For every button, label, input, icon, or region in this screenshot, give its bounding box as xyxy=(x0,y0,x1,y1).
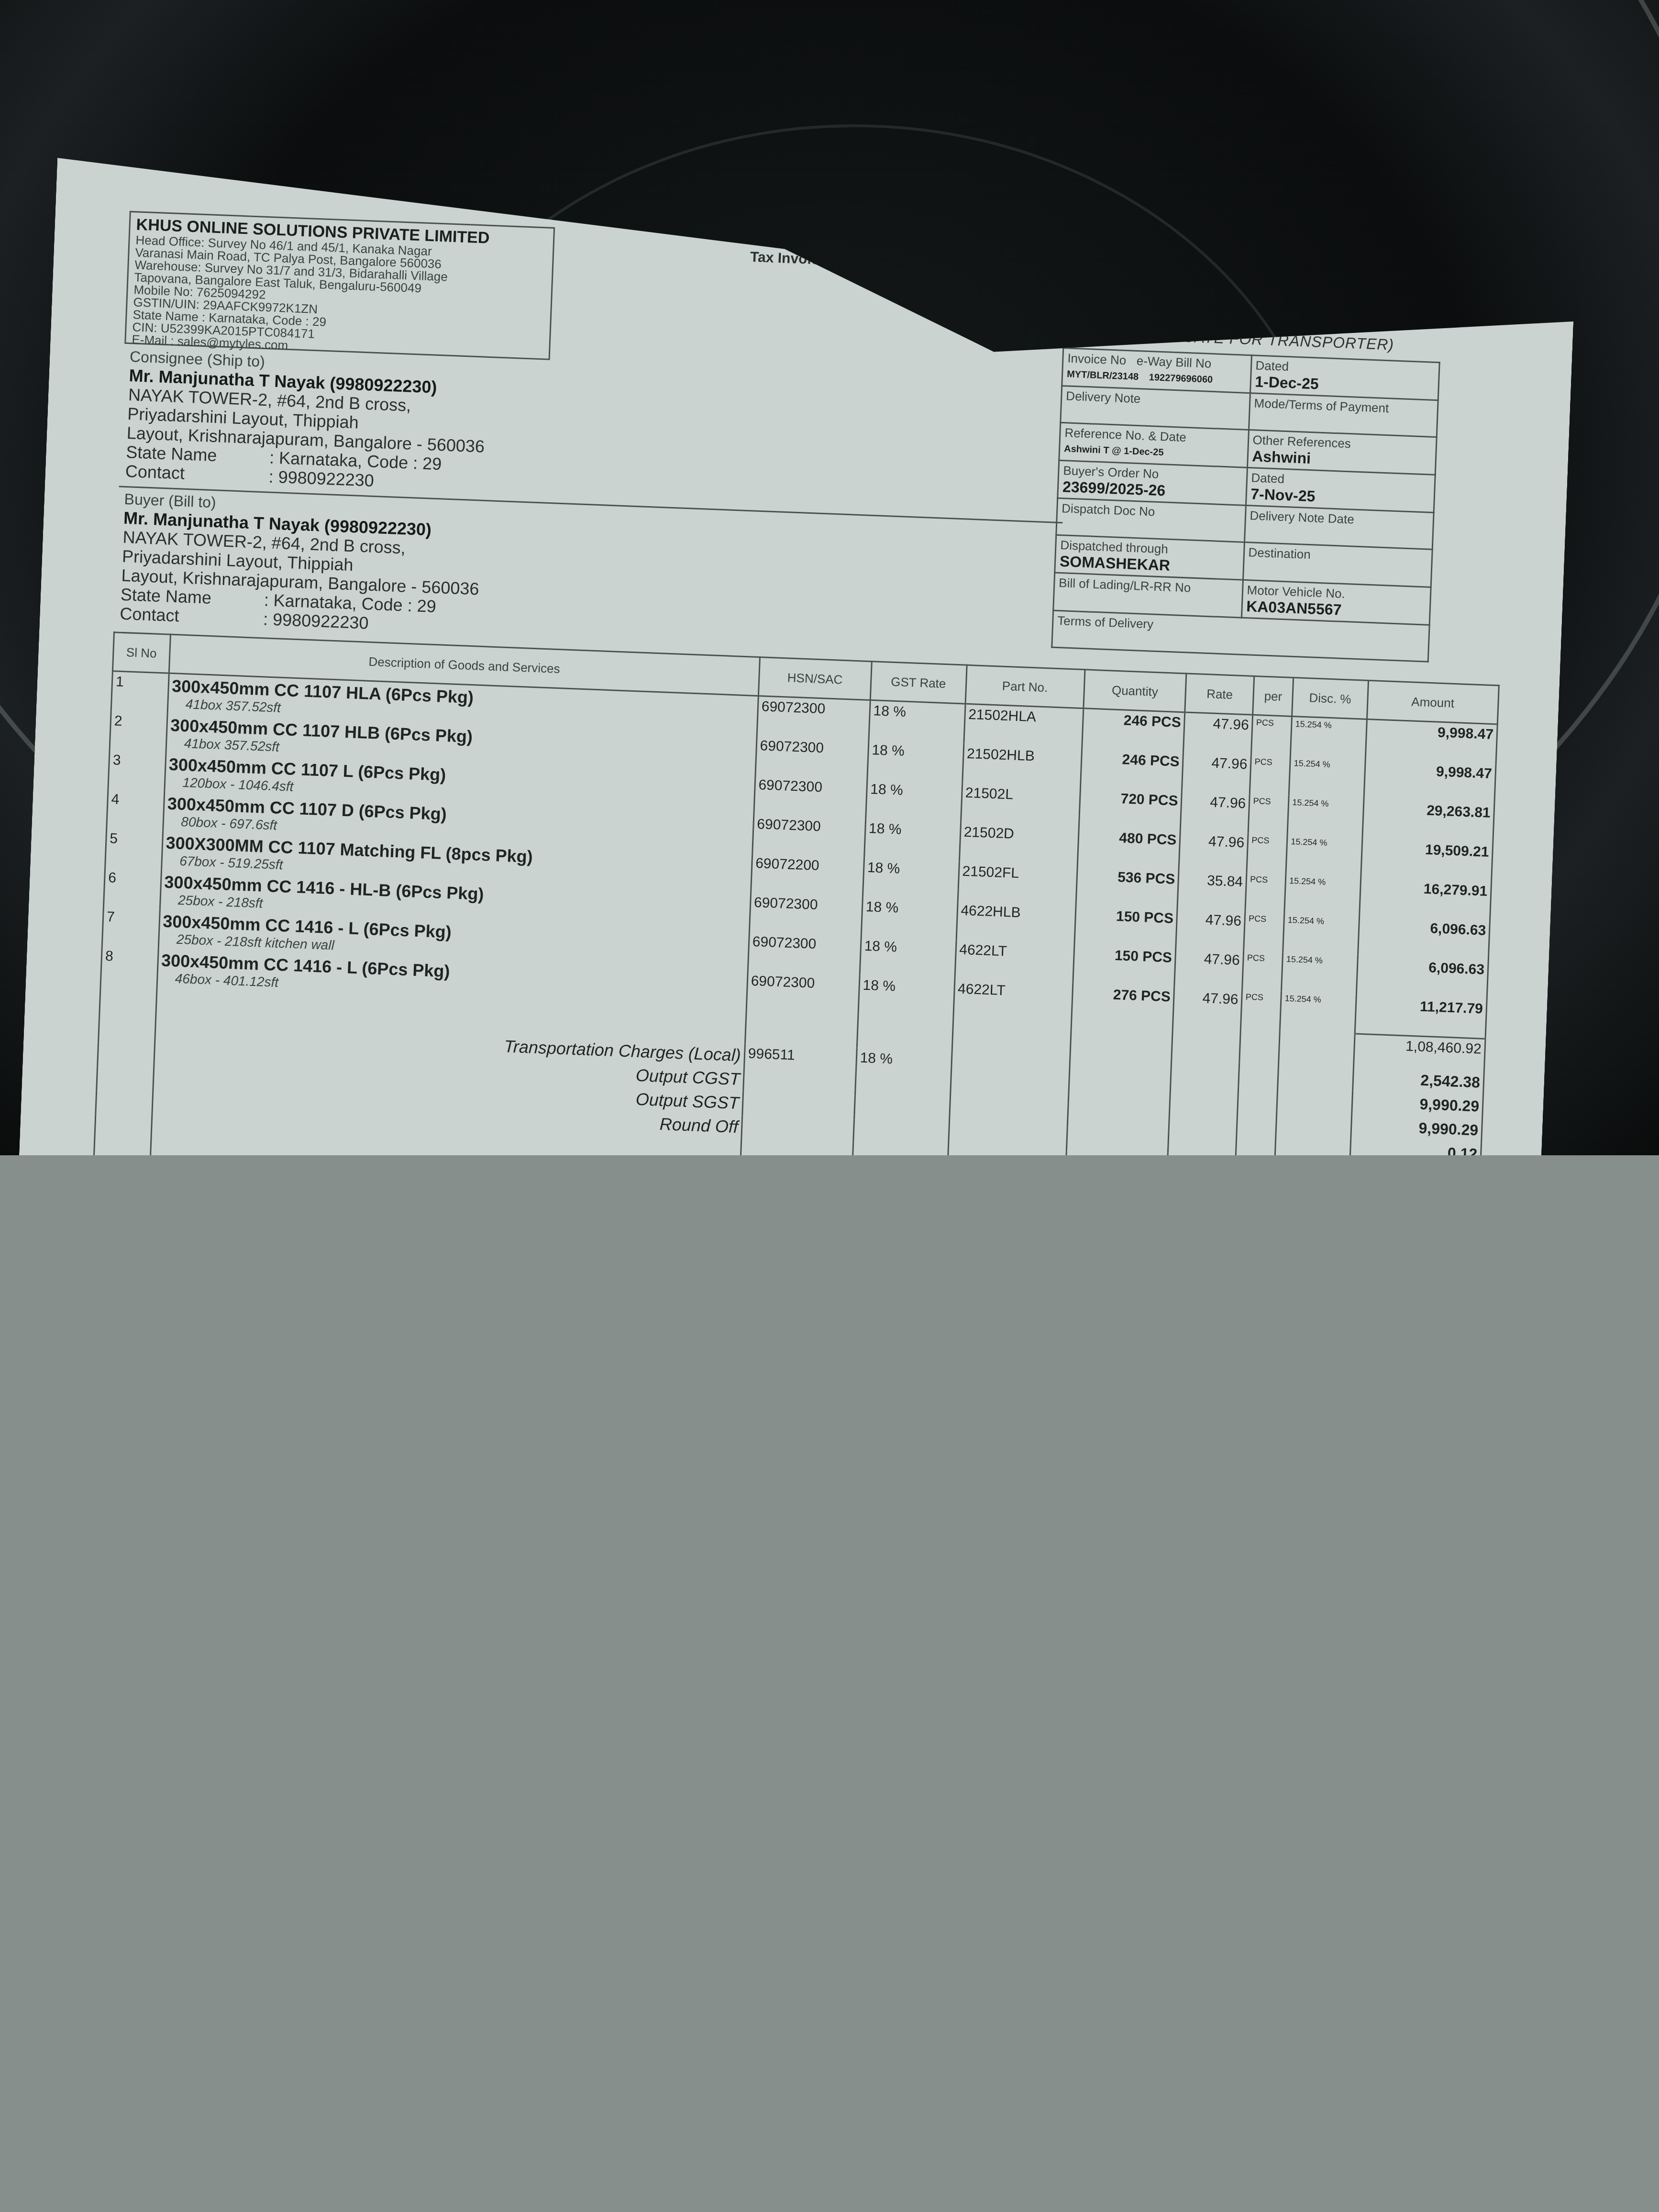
item-hsn: 69072300 xyxy=(746,971,860,1015)
item-qty: 536 PCS xyxy=(1076,866,1179,909)
item-hsn: 69072300 xyxy=(755,736,869,779)
sl-no: 6 xyxy=(103,868,161,909)
vehicle-cell: Motor Vehicle No.KA03AN5567 xyxy=(1241,580,1431,625)
item-disc: 15.254 % xyxy=(1283,913,1359,955)
eway-bill-no: 192279696060 xyxy=(1149,372,1213,385)
column-header: Quantity xyxy=(1084,670,1187,712)
other-ref-cell: Other ReferencesAshwini xyxy=(1247,430,1437,475)
item-gst: 18 % xyxy=(864,818,961,862)
order-date: 7-Nov-25 xyxy=(1250,485,1430,509)
item-gst: 18 % xyxy=(860,936,956,979)
column-header: Sl No xyxy=(112,632,170,673)
item-disc: 15.254 % xyxy=(1287,796,1363,838)
sl-no: 8 xyxy=(100,946,158,987)
item-amount: 9,998.47 xyxy=(1364,759,1496,803)
item-amount: 11,217.79 xyxy=(1355,995,1487,1039)
item-hsn: 69072300 xyxy=(748,932,861,975)
subtotal: 1,08,460.92 xyxy=(1353,1033,1485,1072)
charge-gst xyxy=(853,1119,949,1147)
item-disc: 15.254 % xyxy=(1286,835,1362,877)
invoice-meta: Invoice No e-Way Bill No MYT/BLR/23148 1… xyxy=(1051,347,1440,663)
order-dated-cell: Dated7-Nov-25 xyxy=(1246,467,1435,512)
reference-cell: Reference No. & DateAshwini T @ 1-Dec-25 xyxy=(1059,422,1249,467)
dated-cell: Dated1-Dec-25 xyxy=(1250,355,1439,400)
item-rate: 35.84 xyxy=(1177,870,1247,911)
item-qty: 150 PCS xyxy=(1074,905,1178,948)
item-hsn: 69072300 xyxy=(749,893,863,936)
item-part: 4622HLB xyxy=(956,900,1076,944)
item-part: 4622LT xyxy=(953,979,1073,1022)
destination-cell: Destination xyxy=(1243,542,1432,587)
lading-cell: Bill of Lading/LR-RR No xyxy=(1053,573,1243,618)
charge-hsn: 996511 xyxy=(744,1043,857,1072)
item-rate: 47.96 xyxy=(1176,909,1245,951)
item-qty: 480 PCS xyxy=(1077,827,1181,870)
item-rate: 47.96 xyxy=(1181,791,1250,833)
item-qty: 276 PCS xyxy=(1071,984,1174,1027)
column-header: Part No. xyxy=(965,665,1085,708)
item-part: 21502FL xyxy=(958,861,1077,905)
item-disc: 15.254 % xyxy=(1284,874,1360,916)
item-rate: 47.96 xyxy=(1174,948,1244,990)
photo-background: KHUS ONLINE SOLUTIONS PRIVATE LIMITED He… xyxy=(0,0,1659,1155)
invoice-no: MYT/BLR/23148 xyxy=(1067,369,1139,382)
items-table: Sl NoDescription of Goods and ServicesHS… xyxy=(91,631,1500,1155)
item-per: PCS xyxy=(1242,951,1283,991)
charge-hsn xyxy=(741,1115,854,1143)
column-header: per xyxy=(1253,676,1294,716)
buyers-order-cell: Buyer's Order No23699/2025-26 xyxy=(1058,460,1247,505)
item-per: PCS xyxy=(1250,755,1291,796)
item-gst: 18 % xyxy=(869,700,965,744)
lower-blank-area xyxy=(0,1155,1659,2212)
item-gst: 18 % xyxy=(863,858,959,901)
item-gst: 18 % xyxy=(867,740,964,783)
item-amount: 19,509.21 xyxy=(1360,838,1493,882)
buyers-order-no: 23699/2025-26 xyxy=(1062,478,1242,502)
item-per: PCS xyxy=(1244,911,1284,952)
item-part: 4622LT xyxy=(955,940,1074,983)
item-rate: 47.96 xyxy=(1173,987,1242,1029)
item-disc: 15.254 % xyxy=(1282,952,1358,995)
charge-gst xyxy=(855,1072,951,1099)
item-hsn: 69072300 xyxy=(752,814,866,858)
dispatched-through: SOMASHEKAR xyxy=(1059,553,1239,577)
column-header: Rate xyxy=(1185,674,1254,715)
dispatched-through-cell: Dispatched throughSOMASHEKAR xyxy=(1055,535,1244,580)
item-part: 21502L xyxy=(961,783,1080,827)
item-per: PCS xyxy=(1245,873,1286,913)
invoice-date: 1-Dec-25 xyxy=(1255,373,1435,397)
invoice-no-cell: Invoice No e-Way Bill No MYT/BLR/23148 1… xyxy=(1062,348,1251,393)
item-part: 21502HLB xyxy=(962,744,1082,787)
item-gst: 18 % xyxy=(858,975,955,1018)
charge-gst xyxy=(854,1095,950,1123)
item-rate: 47.96 xyxy=(1183,712,1253,755)
sl-no: 2 xyxy=(110,711,167,752)
item-gst: 18 % xyxy=(866,779,962,822)
item-hsn: 69072300 xyxy=(754,775,867,818)
item-rate: 47.96 xyxy=(1179,830,1249,872)
column-header: Amount xyxy=(1367,680,1499,724)
item-amount: 6,096.63 xyxy=(1356,955,1488,999)
consignee-contact: : 9980922230 xyxy=(268,467,375,490)
item-part: 21502D xyxy=(959,822,1079,866)
reference-value: Ashwini T @ 1-Dec-25 xyxy=(1064,443,1164,458)
item-disc: 15.254 % xyxy=(1289,756,1365,798)
sl-no: 3 xyxy=(108,750,166,791)
buyer-contact: : 9980922230 xyxy=(263,609,369,632)
sl-no: 7 xyxy=(102,907,160,948)
item-qty: 246 PCS xyxy=(1082,708,1185,752)
item-qty: 150 PCS xyxy=(1073,944,1176,987)
item-hsn: 69072300 xyxy=(757,696,870,740)
item-per: PCS xyxy=(1241,990,1282,1030)
item-gst: 18 % xyxy=(861,897,958,940)
vehicle-no: KA03AN5567 xyxy=(1246,597,1426,622)
item-amount: 16,279.91 xyxy=(1359,877,1491,921)
item-per: PCS xyxy=(1249,794,1289,835)
item-hsn: 69072200 xyxy=(751,853,864,897)
charge-hsn xyxy=(743,1067,856,1095)
item-amount: 6,096.63 xyxy=(1358,916,1490,960)
item-amount: 9,998.47 xyxy=(1365,719,1497,764)
charge-gst: 18 % xyxy=(856,1048,952,1075)
item-per: PCS xyxy=(1251,715,1292,756)
sl-no: 4 xyxy=(107,789,165,830)
seller-block: KHUS ONLINE SOLUTIONS PRIVATE LIMITED He… xyxy=(124,211,555,360)
item-disc: 15.254 % xyxy=(1291,716,1367,759)
column-header: HSN/SAC xyxy=(758,657,872,700)
column-header: GST Rate xyxy=(870,662,967,704)
column-header: Disc. % xyxy=(1292,677,1368,719)
item-part: 21502HLA xyxy=(963,704,1083,748)
sl-no: 1 xyxy=(111,671,169,713)
charge-hsn xyxy=(742,1091,855,1119)
item-qty: 720 PCS xyxy=(1079,787,1182,830)
item-qty: 246 PCS xyxy=(1080,748,1183,791)
sl-no: 5 xyxy=(105,829,163,870)
item-amount: 29,263.81 xyxy=(1362,798,1494,842)
item-per: PCS xyxy=(1247,833,1287,874)
item-disc: 15.254 % xyxy=(1280,992,1356,1034)
item-rate: 47.96 xyxy=(1182,752,1251,794)
